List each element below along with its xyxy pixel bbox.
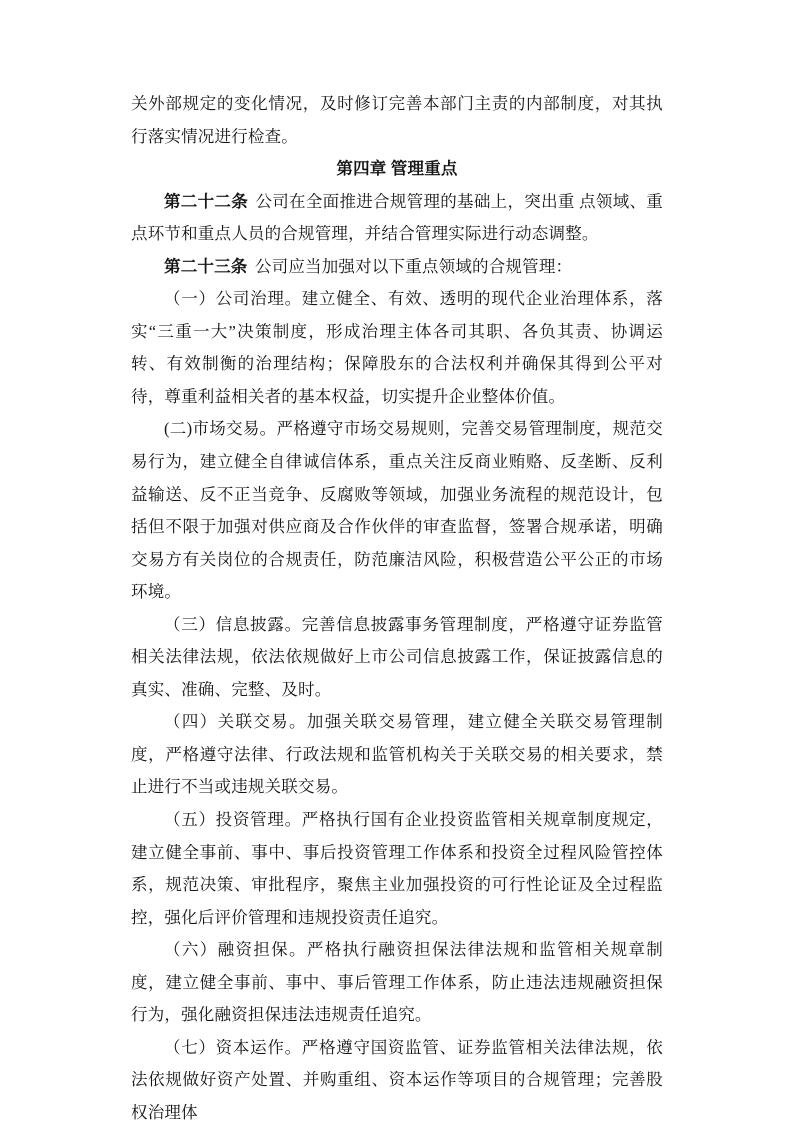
article-22-number: 第二十二条 (164, 192, 248, 211)
document-page: 关外部规定的变化情况，及时修订完善本部门主责的内部制度，对其执行落实情况进行检查… (0, 0, 794, 1122)
item-6-financing-guarantee: （六）融资担保。严格执行融资担保法律法规和监管相关规章制度，建立健全事前、事中、… (131, 934, 663, 1032)
chapter-heading: 第四章 管理重点 (131, 153, 663, 186)
item-1-corporate-governance: （一）公司治理。建立健全、有效、透明的现代企业治理体系，落实“三重一大”决策制度… (131, 283, 663, 413)
article-22-paragraph: 第二十二条公司在全面推进合规管理的基础上，突出重 点领域、重点环节和重点人员的合… (131, 186, 663, 251)
item-4-related-transactions: （四）关联交易。加强关联交易管理，建立健全关联交易管理制度，严格遵守法律、行政法… (131, 706, 663, 804)
document-body: 关外部规定的变化情况，及时修订完善本部门主责的内部制度，对其执行落实情况进行检查… (131, 88, 663, 1122)
article-23-number: 第二十三条 (164, 257, 248, 276)
continuation-paragraph: 关外部规定的变化情况，及时修订完善本部门主责的内部制度，对其执行落实情况进行检查… (131, 88, 663, 153)
item-7-capital-operation: （七）资本运作。严格遵守国资监管、证券监管相关法律法规，依法依规做好资产处置、并… (131, 1032, 663, 1122)
item-5-investment-management: （五）投资管理。严格执行国有企业投资监管相关规章制度规定，建立健全事前、事中、事… (131, 804, 663, 934)
article-23-text: 公司应当加强对以下重点领域的合规管理： (255, 257, 572, 276)
item-2-market-trading: (二)市场交易。严格遵守市场交易规则，完善交易管理制度，规范交易行为，建立健全自… (131, 413, 663, 608)
item-3-information-disclosure: （三）信息披露。完善信息披露事务管理制度，严格遵守证券监管相关法律法规，依法依规… (131, 609, 663, 707)
article-23-paragraph: 第二十三条公司应当加强对以下重点领域的合规管理： (131, 251, 663, 284)
